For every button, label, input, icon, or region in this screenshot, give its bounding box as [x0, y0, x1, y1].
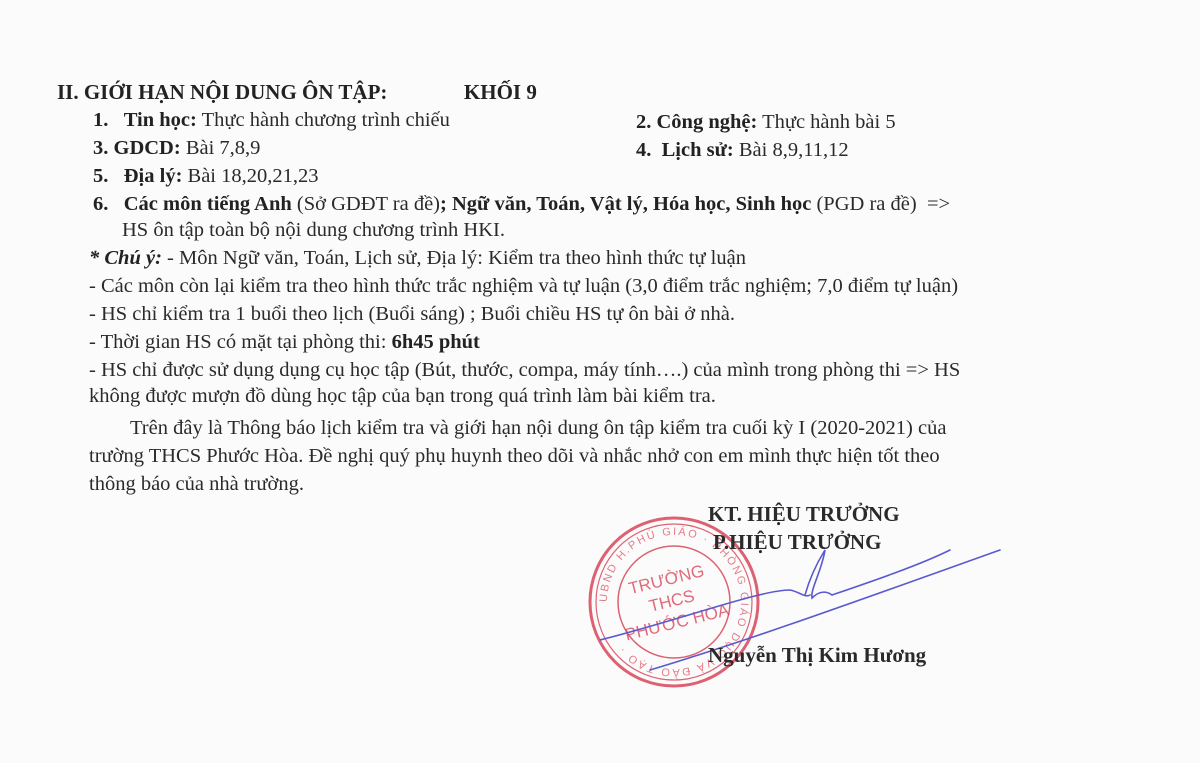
note-first-line: * Chú ý: - Môn Ngữ văn, Toán, Lịch sử, Đ… — [89, 246, 746, 270]
item6-continuation: HS ôn tập toàn bộ nội dung chương trình … — [122, 218, 505, 242]
note-tools-line: - HS chỉ được sử dụng dụng cụ học tập (B… — [89, 358, 960, 382]
time-prefix: - Thời gian HS có mặt tại phòng thi: — [89, 331, 386, 353]
closing-line: thông báo của nhà trường. — [89, 472, 304, 496]
subject-name: Tin học: — [124, 109, 197, 131]
subject-item: 1. Tin học: Thực hành chương trình chiếu — [93, 108, 450, 132]
note-time-line: - Thời gian HS có mặt tại phòng thi: 6h4… — [89, 330, 480, 354]
english-subject: Các môn tiếng Anh — [124, 193, 292, 215]
document-page: II. GIỚI HẠN NỘI DUNG ÔN TẬP: KHỐI 9 1. … — [0, 0, 1200, 763]
item-number: 6. — [93, 193, 108, 215]
subject-item: 4. Lịch sử: Bài 8,9,11,12 — [636, 138, 849, 162]
subject-item: 2. Công nghệ: Thực hành bài 5 — [636, 110, 896, 134]
subject-item: 3. GDCD: Bài 7,8,9 — [93, 136, 260, 160]
time-value: 6h45 phút — [392, 331, 480, 353]
signatory-name: Nguyễn Thị Kim Hương — [708, 643, 926, 667]
note-line: - HS chỉ kiểm tra 1 buổi theo lịch (Buổi… — [89, 302, 735, 326]
subject-name: Công nghệ: — [657, 111, 758, 133]
note-line: - Các môn còn lại kiểm tra theo hình thứ… — [89, 274, 958, 298]
subject-content: Bài 7,8,9 — [186, 137, 261, 159]
english-note: (Sở GDĐT ra đề) — [297, 193, 440, 215]
item-number: 5. — [93, 165, 108, 187]
subject-item-6: 6. Các môn tiếng Anh (Sở GDĐT ra đề); Ng… — [93, 192, 950, 216]
subject-content: Bài 18,20,21,23 — [188, 165, 319, 187]
subject-item: 5. Địa lý: Bài 18,20,21,23 — [93, 164, 319, 188]
closing-line: trường THCS Phước Hòa. Đề nghị quý phụ h… — [89, 444, 940, 468]
item-number: 4. — [636, 139, 651, 161]
subject-name: Lịch sử: — [662, 139, 734, 161]
item-number: 1. — [93, 109, 108, 131]
subject-name: Địa lý: — [124, 165, 183, 187]
arrow-symbol: => — [927, 193, 950, 215]
subject-content: Thực hành bài 5 — [762, 111, 896, 133]
section-heading: II. GIỚI HẠN NỘI DUNG ÔN TẬP: KHỐI 9 — [57, 80, 537, 104]
subject-content: Thực hành chương trình chiếu — [202, 109, 450, 131]
subject-content: Bài 8,9,11,12 — [739, 139, 849, 161]
subject-name: GDCD: — [114, 137, 181, 159]
item-number: 3. — [93, 137, 108, 159]
item-number: 2. — [636, 111, 651, 133]
other-subjects: ; Ngữ văn, Toán, Vật lý, Hóa học, Sinh h… — [440, 193, 811, 215]
note-tools-line: không được mượn đồ dùng học tập của bạn … — [89, 384, 716, 408]
grade-label: KHỐI 9 — [464, 80, 537, 104]
other-note: (PGD ra đề) — [816, 193, 916, 215]
note-text: - Môn Ngữ văn, Toán, Lịch sử, Địa lý: Ki… — [167, 247, 746, 269]
closing-line: Trên đây là Thông báo lịch kiểm tra và g… — [130, 416, 946, 440]
note-label: * Chú ý: — [89, 247, 162, 269]
section-title: II. GIỚI HẠN NỘI DUNG ÔN TẬP: — [57, 80, 387, 104]
